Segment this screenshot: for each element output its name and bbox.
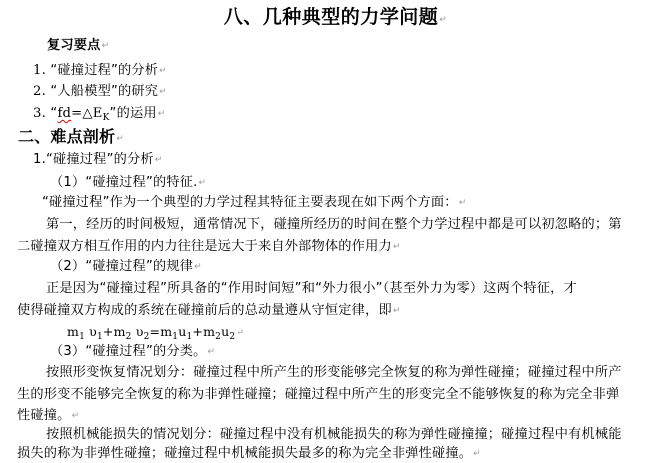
eq-term: +m	[103, 324, 126, 339]
review-points-heading: 复习要点↵	[47, 37, 109, 55]
eq-term: υ	[85, 324, 97, 339]
paragraph-mark-icon: ↵	[72, 411, 80, 421]
paragraph-mark-icon: ↵	[199, 178, 207, 188]
list-number: 3.	[33, 106, 46, 121]
paragraph-mark-icon: ↵	[439, 15, 447, 25]
eq-subscript: 2	[229, 332, 235, 342]
paragraph-text: 二碰撞双方相互作用的内力往往是远大于来自外部物体的作用力	[17, 239, 392, 254]
heading-text: （2）“碰撞过程”的规律	[50, 259, 193, 274]
paragraph-mark-icon: ↵	[393, 242, 401, 252]
list-text: “人船模型”的研究	[50, 84, 158, 99]
list-item: 2. “人船模型”的研究↵	[33, 83, 167, 101]
paragraph-text: 生的形变不能够完全恢复的称为非弹性碰撞；碰撞过程中所产生的形变完全不能够恢复的称…	[17, 387, 619, 402]
heading-text: （3）“碰撞过程”的分类。	[50, 344, 207, 359]
paragraph-text: 损失的称为非弹性碰撞；碰撞过程中机械能损失最多的称为完全非弹性碰撞。	[17, 446, 472, 461]
paragraph-line: 使得碰撞双方构成的系统在碰撞前后的总动量遵从守恒定律，即↵	[17, 302, 401, 320]
heading-text: （1）“碰撞过程”的特征.	[50, 175, 198, 190]
list-item: 3. “fd=△EK”的运用↵	[33, 105, 165, 127]
paragraph-line: 正是因为“碰撞过程”所具备的“作用时间短”和“外力很小”（甚至外力为零）这两个特…	[46, 280, 577, 298]
paragraph-mark-icon: ↵	[116, 134, 124, 144]
paragraph-line: 按照机械能损失的情况划分：碰撞过程中没有机械能损失的称为弹性碰撞撞；碰撞过程中有…	[46, 426, 622, 444]
difficulty-analysis-heading: 二、难点剖析↵	[18, 128, 124, 148]
paragraph-mark-icon: ↵	[208, 347, 216, 357]
paragraph-mark-icon: ↵	[155, 155, 163, 165]
paragraph-mark-icon: ↵	[393, 306, 401, 316]
paragraph-text: 性碰撞。	[17, 408, 71, 423]
paragraph-text: 按照机械能损失的情况划分：碰撞过程中没有机械能损失的称为弹性碰撞撞；碰撞过程中有…	[46, 427, 622, 442]
list-text: ”的运用	[110, 106, 157, 121]
paragraph-line: 二碰撞双方相互作用的内力往往是远大于来自外部物体的作用力↵	[17, 238, 401, 256]
list-text: “碰撞过程”的分析	[50, 63, 158, 78]
paragraph-text: 正是因为“碰撞过程”所具备的“作用时间短”和“外力很小”（甚至外力为零）这两个特…	[46, 281, 577, 296]
list-item: 1. “碰撞过程”的分析↵	[33, 62, 167, 80]
part-heading: （3）“碰撞过程”的分类。↵	[50, 343, 215, 361]
paragraph-text: 按照形变恢复情况划分：碰撞过程中所产生的形变能够完全恢复的称为弹性碰撞；碰撞过程…	[46, 365, 622, 380]
paragraph-mark-icon: ↵	[236, 328, 244, 338]
list-number: 1.	[33, 63, 46, 78]
part-heading: （2）“碰撞过程”的规律↵	[50, 258, 202, 276]
paragraph-line: 损失的称为非弹性碰撞；碰撞过程中机械能损失最多的称为完全非弹性碰撞。↵	[17, 445, 481, 463]
paragraph-line: “碰撞过程”作为一个典型的力学过程其特征主要表现在如下两个方面：↵	[42, 194, 466, 212]
heading-text: 1.“碰撞过程”的分析	[33, 152, 154, 167]
paragraph-text: 使得碰撞双方构成的系统在碰撞前后的总动量遵从守恒定律，即	[17, 303, 392, 318]
part-heading: （1）“碰撞过程”的特征.↵	[50, 174, 206, 192]
paragraph-line: 性碰撞。↵	[17, 407, 79, 425]
paragraph-mark-icon: ↵	[159, 66, 167, 76]
eq-term: =m	[150, 324, 173, 339]
title-text: 八、几种典型的力学问题	[224, 6, 439, 28]
subsection-heading: 1.“碰撞过程”的分析↵	[33, 151, 163, 169]
paragraph-text: 第一，经历的时间极短，通常情况下，碰撞所经历的时间在整个力学过程中都是可以初忽略…	[46, 217, 622, 232]
formula-delta-e: =△E	[71, 106, 102, 121]
heading-text: 二、难点剖析	[18, 127, 115, 146]
paragraph-mark-icon: ↵	[159, 87, 167, 97]
paragraph-text: “碰撞过程”作为一个典型的力学过程其特征主要表现在如下两个方面：	[42, 195, 458, 210]
paragraph-mark-icon: ↵	[158, 109, 166, 119]
heading-text: 复习要点	[47, 38, 101, 53]
paragraph-mark-icon: ↵	[102, 41, 110, 51]
paragraph-mark-icon: ↵	[459, 198, 467, 208]
paragraph-line: 按照形变恢复情况划分：碰撞过程中所产生的形变能够完全恢复的称为弹性碰撞；碰撞过程…	[46, 364, 622, 382]
eq-term: +m	[192, 324, 215, 339]
document-title: 八、几种典型的力学问题↵	[0, 4, 671, 33]
eq-term: m	[67, 324, 79, 339]
list-number: 2.	[33, 84, 46, 99]
paragraph-line: 第一，经历的时间极短，通常情况下，碰撞所经历的时间在整个力学过程中都是可以初忽略…	[46, 216, 622, 234]
paragraph-mark-icon: ↵	[473, 449, 481, 459]
paragraph-mark-icon: ↵	[194, 262, 202, 272]
eq-term: υ	[132, 324, 144, 339]
formula-subscript: K	[103, 113, 110, 123]
formula-fd: fd	[57, 106, 71, 121]
paragraph-line: 生的形变不能够完全恢复的称为非弹性碰撞；碰撞过程中所产生的形变完全不能够恢复的称…	[17, 386, 619, 404]
